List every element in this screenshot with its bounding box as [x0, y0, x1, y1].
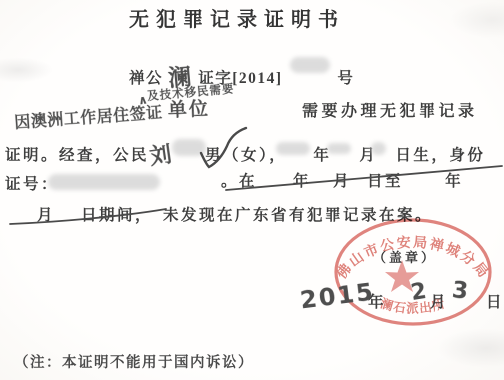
day-label: 日 [486, 290, 502, 312]
redaction-blur-birth-month [327, 143, 351, 154]
struck-period: 日期间， [81, 207, 153, 224]
footnote: （注：本证明不能用于国内诉讼） [14, 351, 254, 372]
handwritten-day: 3 [451, 277, 470, 305]
month-label: 月 [430, 290, 446, 312]
year-label: 年 [368, 290, 384, 312]
seal-here-label: （盖章） [373, 247, 437, 266]
official-seal-stamp: 佛山市公安局禅城分局 澜石派出所 [325, 212, 504, 337]
certificate-photo: 无犯罪记录证明书 禅公 澜 证字[2014] 号 ∧ 及技术移民需要 因澳洲工作… [0, 0, 504, 380]
line2-tail: 日生，身份 [395, 147, 485, 164]
form-line-citizen: 证明。经查，公民刘男（女），年月日生，身份 [5, 136, 485, 167]
cert-prefix: 禅公 [129, 70, 163, 87]
struck-month2: 月 [37, 207, 55, 224]
line2-lead: 证明。经查，公民 [5, 147, 149, 164]
redaction-blur-birth-year [276, 142, 310, 155]
struck-date-range-line: 。在年月日至年 [221, 169, 463, 191]
gender-male: 男 [205, 147, 223, 164]
handwritten-month: 2 [409, 279, 428, 306]
handwritten-reason: 因澳洲工作居住签证单位 [13, 93, 210, 134]
redaction-blur-id-number [48, 174, 160, 190]
redaction-blur-cert-number [290, 57, 330, 73]
page-title: 无犯罪记录证明书 [0, 3, 474, 32]
handwritten-year: 2015 [299, 278, 377, 315]
redaction-blur-name [172, 139, 206, 156]
struck-year1: 年 [293, 173, 311, 190]
handwritten-reason-text: 因澳洲工作居住签证 [14, 102, 163, 131]
handwritten-surname: 刘 [147, 138, 171, 171]
gender-female: （女） [223, 147, 269, 164]
date-line: 2015 年 2 月 3 日 [0, 278, 504, 318]
handwritten-unit: 单位 [167, 94, 210, 122]
struck-at: 。在 [221, 173, 257, 190]
redaction-blur-birth-day [371, 142, 386, 155]
struck-month1: 月 [333, 173, 351, 190]
form-text-need-certificate: 需要办理无犯罪记录 [302, 98, 478, 121]
struck-year2: 年 [445, 173, 463, 190]
struck-day-to: 日至 [367, 173, 403, 190]
cert-suffix: 号 [337, 70, 354, 87]
